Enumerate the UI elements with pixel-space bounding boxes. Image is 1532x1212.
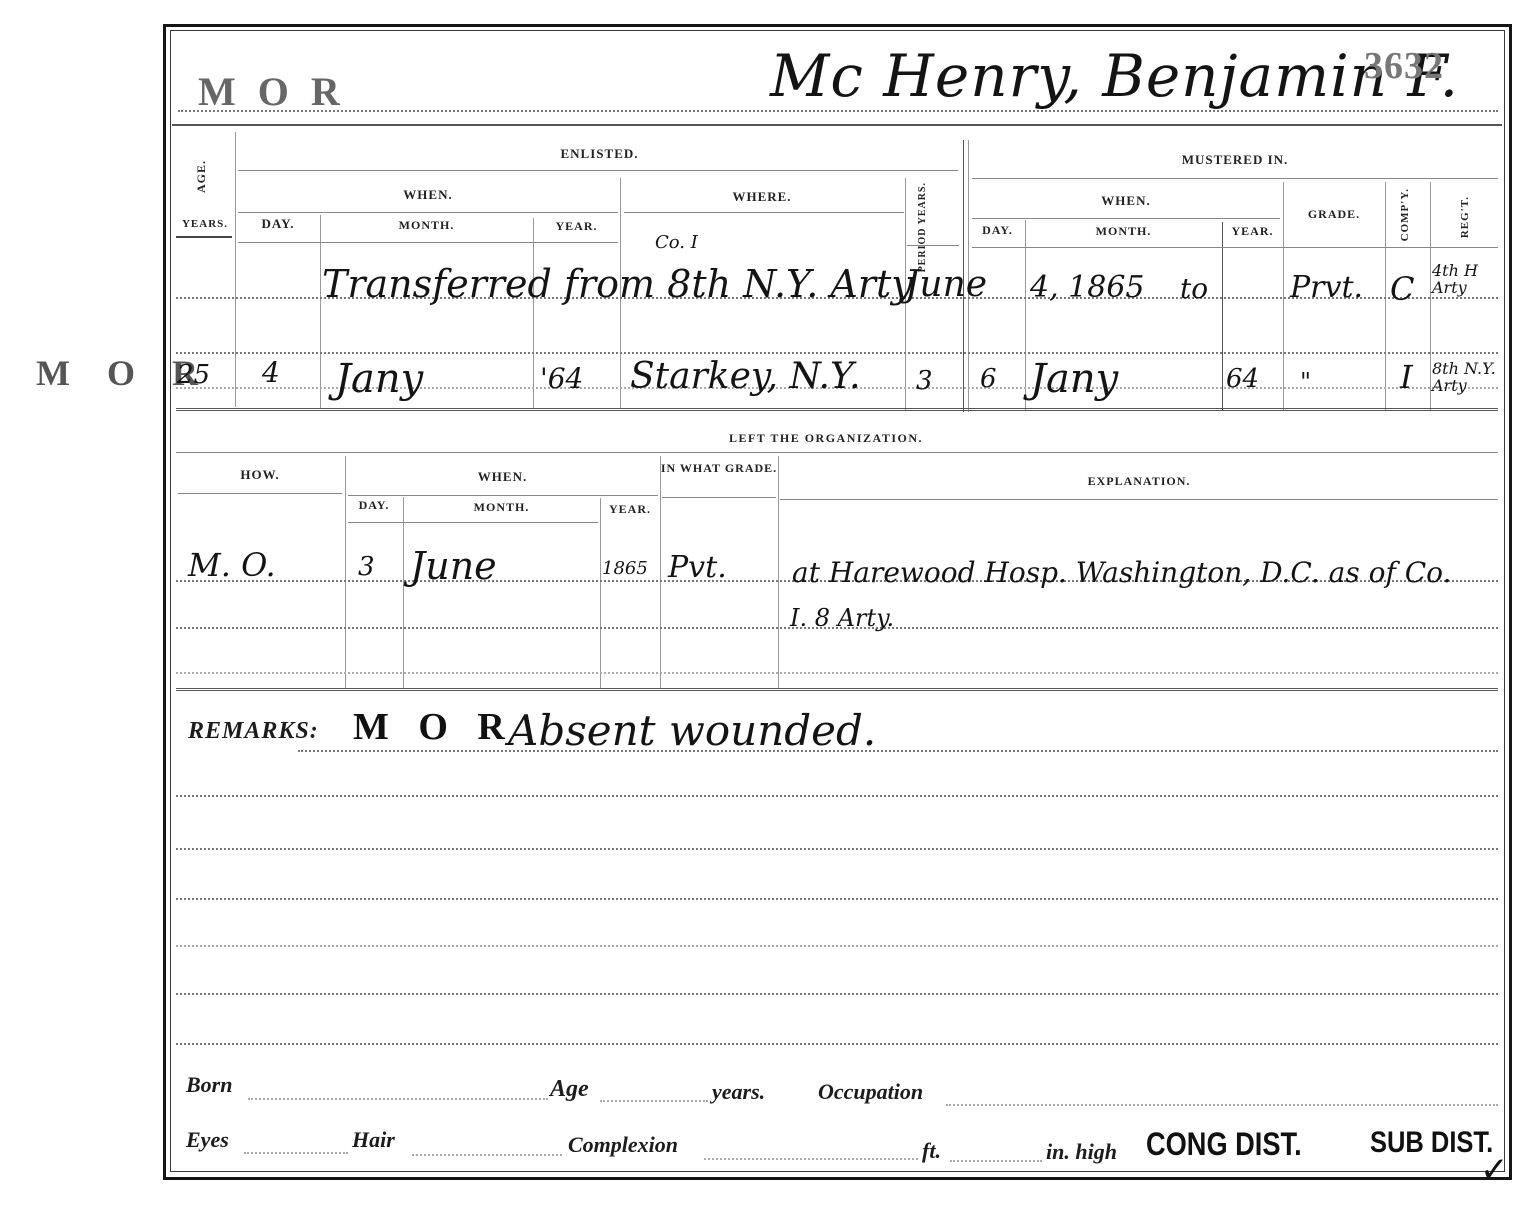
left-month-col-line [600, 498, 601, 688]
header-divider [172, 124, 1502, 126]
mustered-row2-year: 64 [1226, 364, 1259, 394]
mustered-row2-regiment: 8th N.Y. Arty [1432, 360, 1502, 394]
mustered-regiment-header: REG'T. [1460, 196, 1471, 238]
enlisted-month-header: MONTH. [320, 218, 533, 233]
left-day-col-line [403, 497, 404, 688]
mustered-company-header: COMP'Y. [1400, 188, 1411, 241]
mustered-day-header: DAY. [970, 223, 1025, 238]
mustered-row1-month: 4, 1865 [1030, 270, 1145, 305]
left-year-header: YEAR. [600, 502, 660, 517]
left-entry-line-3 [176, 672, 1498, 674]
mustered-row2-grade: " [1300, 368, 1311, 396]
remarks-line-0 [298, 750, 1498, 752]
transfer-note-annotation: Co. I [655, 232, 698, 253]
enlisted-year-header: YEAR. [533, 219, 620, 234]
left-colheader-line [348, 522, 598, 523]
mustered-colheader-line [972, 247, 1498, 248]
years-label: years. [712, 1079, 765, 1105]
mustered-month-header: MONTH. [1025, 224, 1222, 239]
day-col-line [320, 215, 321, 408]
mustered-row2-month: Jany [1030, 356, 1118, 402]
left-grade-header: IN WHAT GRADE. [660, 462, 778, 475]
enlisted-where-header: WHERE. [620, 189, 904, 205]
remarks-line-3 [176, 898, 1498, 900]
mustered-row2-company: I [1400, 358, 1413, 396]
mustered-row1-suffix: to [1180, 272, 1208, 305]
explanation-sub-line [780, 499, 1498, 500]
how-sub-line [178, 493, 342, 494]
period-years-header: PERIOD YEARS. [917, 182, 928, 272]
cong-dist-stamp: CONG DIST. [1146, 1126, 1302, 1163]
remarks-line-2 [176, 848, 1498, 850]
mustered-month-col-line [1222, 222, 1223, 410]
mustered-when-sub-line [972, 218, 1280, 219]
mustered-row1-grade: Prvt. [1290, 270, 1363, 305]
left-when-header: WHEN. [345, 469, 660, 485]
mustered-when-header: WHEN. [970, 193, 1282, 209]
explanation-line-2: I. 8 Arty. [790, 604, 894, 632]
remarks-line-6 [176, 1043, 1498, 1045]
enlisted-age: 25 [177, 360, 210, 390]
hair-field [412, 1154, 562, 1156]
mor-stamp-top: M O R [198, 68, 346, 115]
mustered-row2-day: 6 [980, 364, 997, 394]
left-how: M. O. [188, 546, 276, 584]
mustered-grade-header: GRADE. [1283, 207, 1385, 222]
explanation-col-line [778, 456, 779, 688]
how-header: HOW. [176, 467, 344, 483]
enlisted-year: '64 [540, 362, 583, 395]
mustered-row1-company: C [1390, 270, 1414, 308]
remarks-line-1 [176, 795, 1498, 797]
left-grade: Pvt. [668, 550, 727, 585]
left-month-header: MONTH. [403, 500, 600, 515]
checkmark-icon: ✓ [1480, 1150, 1509, 1190]
explanation-header: EXPLANATION. [778, 474, 1500, 489]
age-col-line [235, 132, 236, 407]
left-org-header-line [176, 452, 1498, 453]
born-field [248, 1098, 548, 1100]
enlisted-when-header: WHEN. [236, 187, 620, 203]
mustered-header-line [972, 178, 1498, 179]
occupation-label: Occupation [818, 1079, 923, 1105]
enlisted-period: 3 [916, 366, 933, 396]
complexion-label: Complexion [568, 1132, 678, 1158]
left-day-header: DAY. [345, 498, 403, 513]
years-underline [176, 236, 232, 238]
card-number: 3632 [1364, 44, 1444, 88]
ft-label: ft. [922, 1138, 941, 1164]
remarks-mor-stamp: M O R [353, 705, 515, 749]
left-grade-sub-line [662, 497, 776, 498]
in-high-label: in. high [1046, 1139, 1117, 1165]
eyes-label: Eyes [186, 1127, 229, 1153]
month-col-line [533, 218, 534, 408]
entry-line-2 [176, 352, 1498, 354]
mustered-day-col-line [1025, 220, 1026, 410]
left-grade-col-line [660, 456, 661, 688]
enlisted-colheader-line [238, 242, 618, 243]
when-sub-line [238, 212, 618, 213]
complexion-field [704, 1158, 918, 1160]
explanation-line-1: at Harewood Hosp. Washington, D.C. as of… [792, 556, 1451, 589]
born-label: Born [186, 1072, 232, 1098]
occupation-field [946, 1104, 1498, 1106]
remarks-line-5 [176, 993, 1498, 995]
remarks-line-4 [176, 945, 1498, 947]
left-organization-header: LEFT THE ORGANIZATION. [176, 431, 1476, 446]
age-header: AGE. [196, 160, 207, 193]
enlisted-day: 4 [262, 356, 280, 389]
where-sub-line [624, 212, 904, 213]
remarks-label: REMARKS: [188, 718, 319, 745]
years-header: YEARS. [176, 218, 234, 230]
age-label: Age [550, 1076, 589, 1103]
soldier-name: Mc Henry, Benjamin F. [770, 42, 1459, 110]
mustered-in-header: MUSTERED IN. [970, 152, 1500, 168]
name-line [178, 110, 1498, 112]
remarks-text: Absent wounded. [508, 706, 876, 755]
enlisted-bottom-line [176, 408, 1498, 411]
eyes-field [244, 1152, 348, 1154]
enlisted-day-header: DAY. [236, 216, 320, 232]
company-col-line [1385, 182, 1386, 410]
how-col-line [345, 456, 346, 688]
left-day: 3 [358, 552, 375, 582]
transfer-note: Transferred from 8th N.Y. Arty [322, 262, 913, 306]
left-org-bottom-line [176, 688, 1498, 691]
enlisted-header-line [238, 170, 958, 171]
sub-dist-stamp: SUB DIST. [1370, 1126, 1493, 1160]
enlisted-month: Jany [335, 356, 423, 402]
mustered-row1-regiment: 4th H Arty [1432, 262, 1502, 296]
enlisted-where: Starkey, N.Y. [630, 356, 861, 397]
regiment-col-line [1430, 182, 1431, 410]
enlisted-header: ENLISTED. [236, 146, 963, 162]
age-field [600, 1100, 708, 1102]
left-when-sub-line [348, 495, 658, 496]
left-year: 1865 [602, 558, 648, 579]
mustered-year-header: YEAR. [1222, 224, 1283, 239]
left-month: June [410, 544, 497, 588]
mustered-row1-day: June [905, 264, 987, 305]
hair-label: Hair [352, 1127, 395, 1153]
ft-field [950, 1160, 1042, 1162]
period-underline [907, 245, 959, 246]
